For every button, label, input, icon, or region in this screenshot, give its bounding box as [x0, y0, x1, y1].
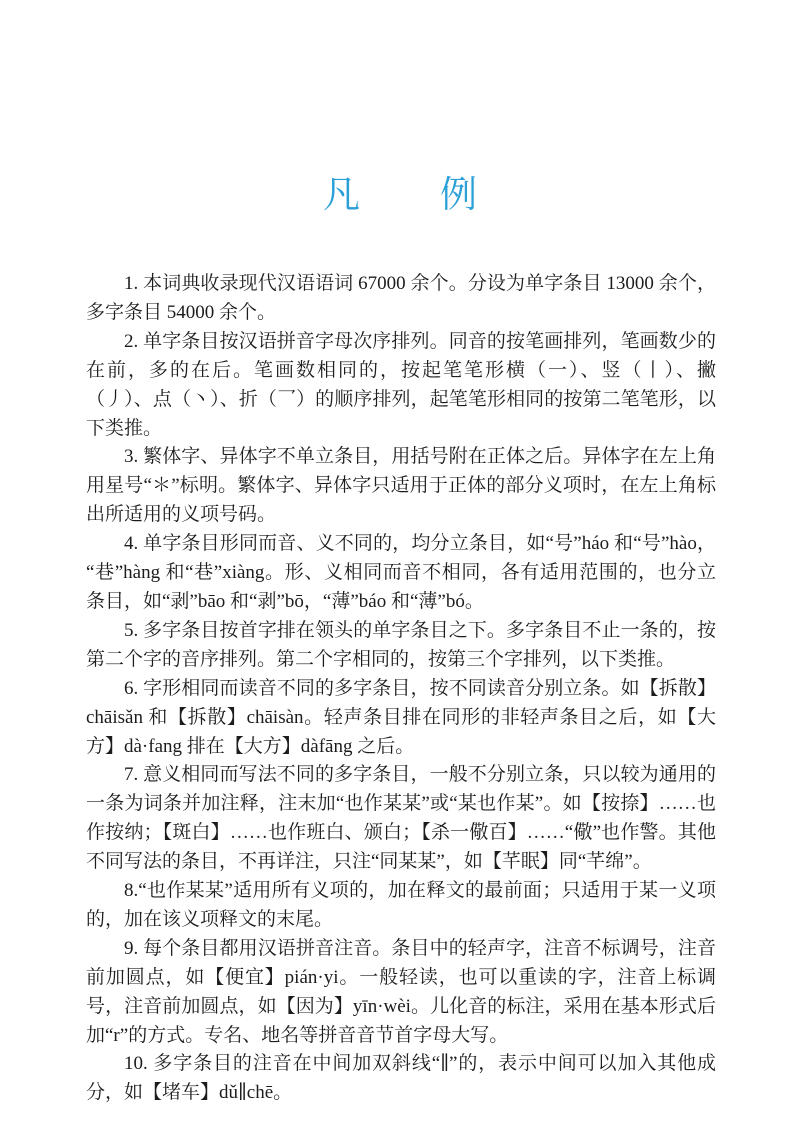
guide-text-block: 1. 本词典收录现代汉语语词 67000 余个。分设为单字条目 13000 余个…	[86, 270, 716, 1108]
paragraph-8: 8.“也作某某”适用所有义项的，加在释文的最前面；只适用于某一义项的，加在该义项…	[86, 877, 716, 935]
paragraph-10: 10. 多字条目的注音在中间加双斜线“∥”的，表示中间可以加入其他成分，如【堵车…	[86, 1050, 716, 1108]
paragraph-6: 6. 字形相同而读音不同的多字条目，按不同读音分别立条。如【拆散】chāisǎn…	[86, 675, 716, 762]
paragraph-4: 4. 单字条目形同而音、义不同的，均分立条目，如“号”háo 和“号”hào，“…	[86, 530, 716, 617]
paragraph-2: 2. 单字条目按汉语拼音字母次序排列。同音的按笔画排列，笔画数少的在前，多的在后…	[86, 328, 716, 444]
paragraph-3: 3. 繁体字、异体字不单立条目，用括号附在正体之后。异体字在左上角用星号“＊”标…	[86, 443, 716, 530]
paragraph-1: 1. 本词典收录现代汉语语词 67000 余个。分设为单字条目 13000 余个…	[86, 270, 716, 328]
paragraph-7: 7. 意义相同而写法不同的多字条目，一般不分别立条，只以较为通用的一条为词条并加…	[86, 761, 716, 877]
page-title: 凡 例	[86, 176, 716, 216]
paragraph-5: 5. 多字条目按首字排在领头的单字条目之下。多字条目不止一条的，按第二个字的音序…	[86, 617, 716, 675]
paragraph-9: 9. 每个条目都用汉语拼音注音。条目中的轻声字，注音不标调号，注音前加圆点，如【…	[86, 935, 716, 1051]
dictionary-guide-page: 凡 例 1. 本词典收录现代汉语语词 67000 余个。分设为单字条目 1300…	[0, 0, 800, 1144]
